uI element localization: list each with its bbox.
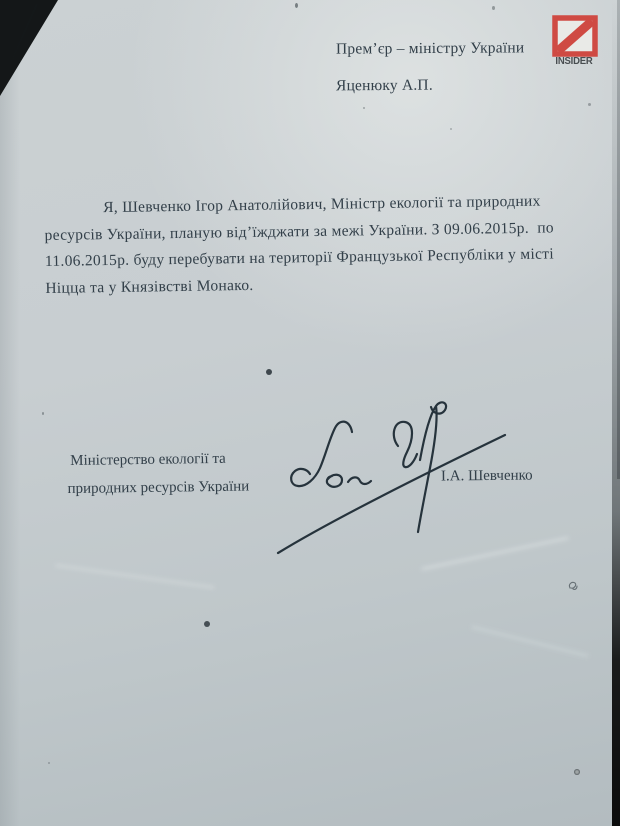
ink-dot	[204, 621, 210, 627]
photo-right-edge-shadow	[612, 0, 620, 826]
org-line-2: природних ресурсів України	[67, 473, 249, 503]
insider-logo-text: INSIDER	[550, 56, 598, 67]
paper-crease	[471, 626, 588, 658]
paper-crease	[56, 564, 215, 589]
stray-pen-mark	[567, 580, 579, 592]
recipient-line-2: Яценюку А.П.	[336, 77, 433, 96]
scan-speck	[450, 128, 452, 130]
ink-dot	[266, 369, 272, 375]
sender-organization: Міністерство екології та природних ресур…	[70, 446, 249, 503]
scan-speck	[492, 6, 495, 10]
letter-body: Я, Шевченко Ігор Анатолійович, Міністр е…	[44, 188, 555, 302]
scan-speck	[588, 103, 591, 106]
insider-logo-icon	[552, 15, 598, 57]
scanned-letter-page: INSIDER Прем’єр – міністру України Яценю…	[0, 0, 620, 826]
org-line-1: Міністерство екології та	[70, 446, 249, 476]
scan-speck	[363, 107, 365, 109]
scan-speck	[48, 762, 50, 764]
scan-speck	[42, 412, 44, 415]
signatory-name: І.А. Шевченко	[441, 468, 533, 486]
recipient-line-1: Прем’єр – міністру України	[336, 39, 524, 58]
paper-hole-mark	[574, 769, 580, 775]
scan-speck	[295, 3, 298, 8]
